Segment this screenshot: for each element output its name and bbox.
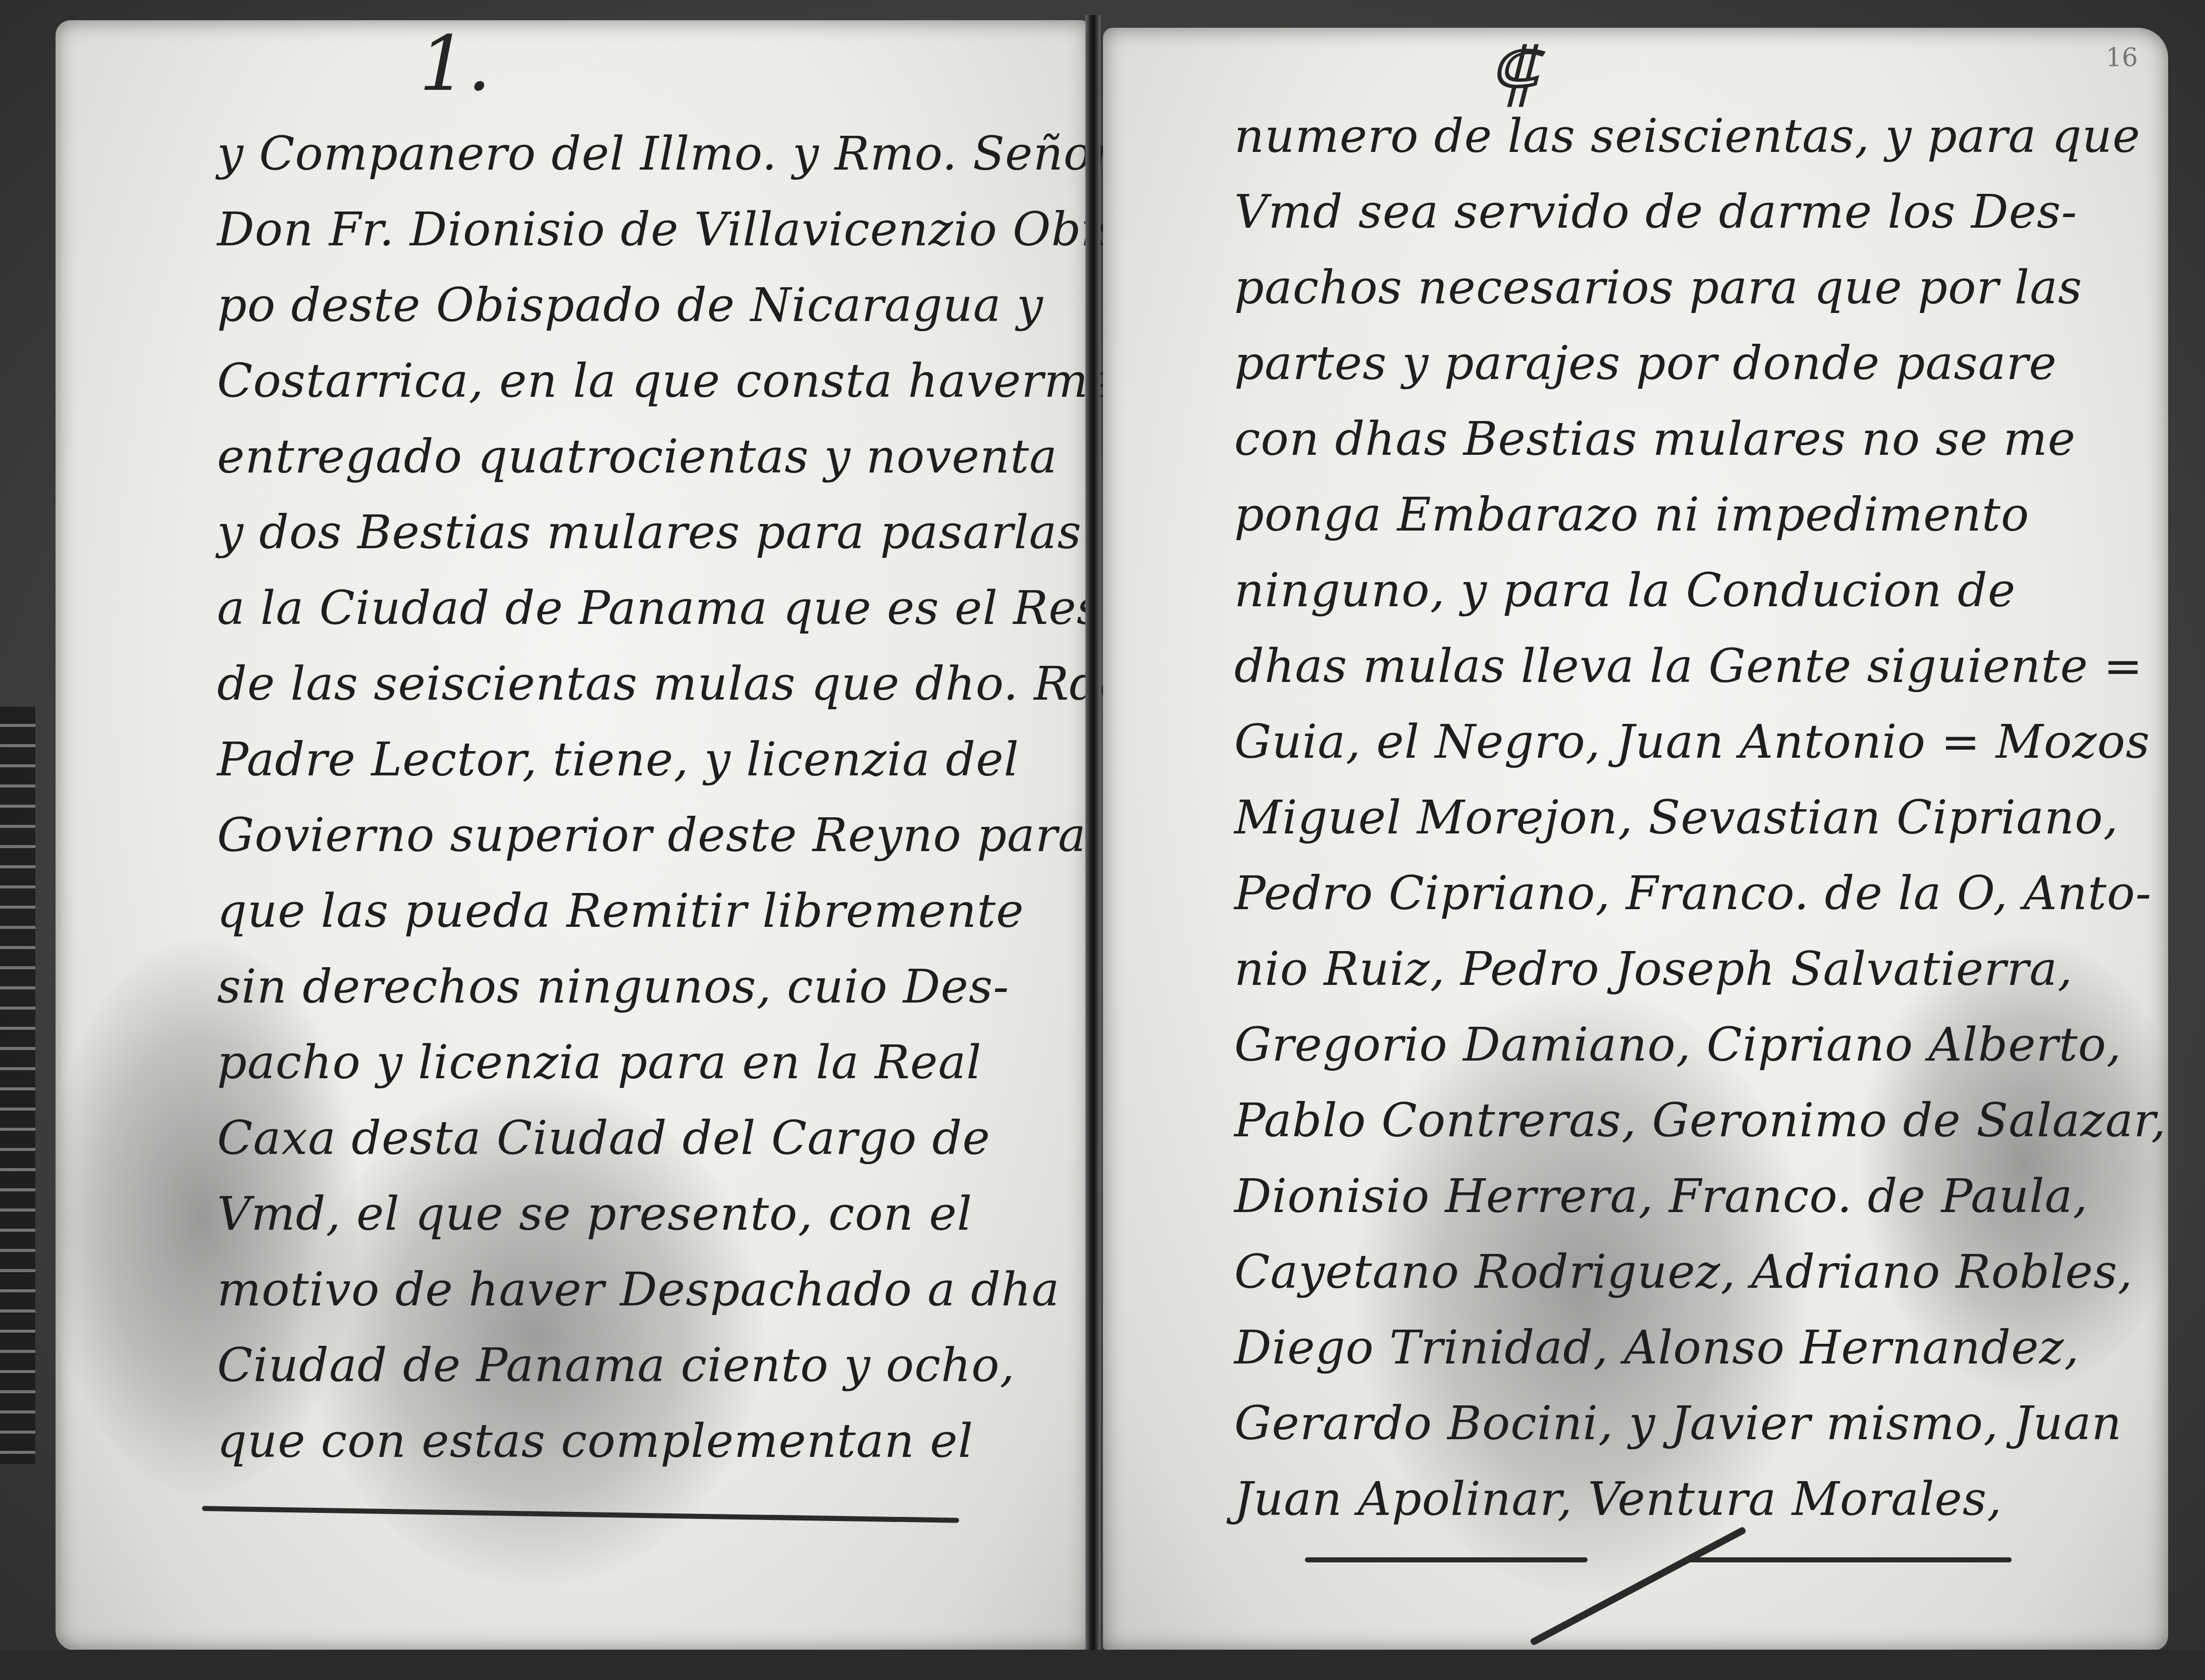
closing-rule bbox=[1305, 1557, 1588, 1562]
text-line: Miguel Morejon, Sevastian Cipriano, bbox=[1234, 780, 2092, 856]
text-line: Vmd, el que se presento, con el bbox=[217, 1176, 1025, 1252]
text-line: Pablo Contreras, Geronimo de Salazar, bbox=[1234, 1083, 2092, 1159]
book-gutter bbox=[1085, 15, 1100, 1680]
right-page: ⸿ 16 numero de las seiscientas, y para q… bbox=[1103, 28, 2168, 1651]
text-line: dhas mulas lleva la Gente siguiente = bbox=[1234, 628, 2092, 704]
text-line: motivo de haver Despachado a dha bbox=[217, 1252, 1025, 1328]
text-line: que con estas complementan el bbox=[217, 1403, 1025, 1479]
right-page-text: numero de las seiscientas, y para que Vm… bbox=[1234, 98, 2092, 1537]
text-line: Diego Trinidad, Alonso Hernandez, bbox=[1234, 1310, 2092, 1386]
text-line: numero de las seiscientas, y para que bbox=[1234, 98, 2092, 174]
text-line: Cayetano Rodriguez, Adriano Robles, bbox=[1234, 1234, 2092, 1310]
left-page-text: y Companero del Illmo. y Rmo. Señor Don … bbox=[217, 116, 1025, 1479]
text-line: y Companero del Illmo. y Rmo. Señor bbox=[217, 116, 1025, 192]
text-line: Ciudad de Panama ciento y ocho, bbox=[217, 1328, 1025, 1403]
text-line: y dos Bestias mulares para pasarlas bbox=[217, 495, 1025, 570]
text-line: Costarrica, en la que consta haverme bbox=[217, 343, 1025, 419]
text-line: Gregorio Damiano, Cipriano Alberto, bbox=[1234, 1007, 2092, 1083]
text-line: con dhas Bestias mulares no se me bbox=[1234, 401, 2092, 477]
text-line: Gerardo Bocini, y Javier mismo, Juan bbox=[1234, 1386, 2092, 1461]
text-line: entregado quatrocientas y noventa bbox=[217, 419, 1025, 495]
text-line: po deste Obispado de Nicaragua y bbox=[217, 268, 1025, 343]
text-line: sin derechos ningunos, cuio Des- bbox=[217, 949, 1025, 1025]
text-line: de las seiscientas mulas que dho. Rdo. bbox=[217, 646, 1025, 722]
text-line: Vmd sea servido de darme los Des- bbox=[1234, 174, 2092, 250]
text-line: nio Ruiz, Pedro Joseph Salvatierra, bbox=[1234, 931, 2092, 1007]
text-line: partes y parajes por donde pasare bbox=[1234, 326, 2092, 401]
text-line: Guia, el Negro, Juan Antonio = Mozos bbox=[1234, 704, 2092, 780]
text-line: Govierno superior deste Reyno para bbox=[217, 798, 1025, 873]
text-line: a la Ciudad de Panama que es el Resto bbox=[217, 570, 1025, 646]
closing-rule bbox=[1684, 1557, 2012, 1562]
text-line: Pedro Cipriano, Franco. de la O, Anto- bbox=[1234, 856, 2092, 931]
text-line: ninguno, y para la Conducion de bbox=[1234, 553, 2092, 628]
folio-number: 16 bbox=[2106, 43, 2138, 72]
scan-bottom-edge bbox=[0, 1650, 2205, 1680]
text-line: Dionisio Herrera, Franco. de Paula, bbox=[1234, 1159, 2092, 1234]
heading-mark: 1. bbox=[419, 20, 491, 108]
text-line: pachos necesarios para que por las bbox=[1234, 250, 2092, 326]
text-line: Padre Lector, tiene, y licenzia del bbox=[217, 722, 1025, 798]
text-line: ponga Embarazo ni impedimento bbox=[1234, 477, 2092, 553]
text-line: pacho y licenzia para en la Real bbox=[217, 1025, 1025, 1100]
film-label-strip bbox=[0, 707, 35, 1464]
left-page: 1. y Companero del Illmo. y Rmo. Señor D… bbox=[56, 20, 1090, 1651]
text-line: Juan Apolinar, Ventura Morales, bbox=[1234, 1461, 2092, 1537]
text-line: Caxa desta Ciudad del Cargo de bbox=[217, 1100, 1025, 1176]
text-line: Don Fr. Dionisio de Villavicenzio Obis- bbox=[217, 192, 1025, 268]
text-line: que las pueda Remitir libremente bbox=[217, 873, 1025, 949]
